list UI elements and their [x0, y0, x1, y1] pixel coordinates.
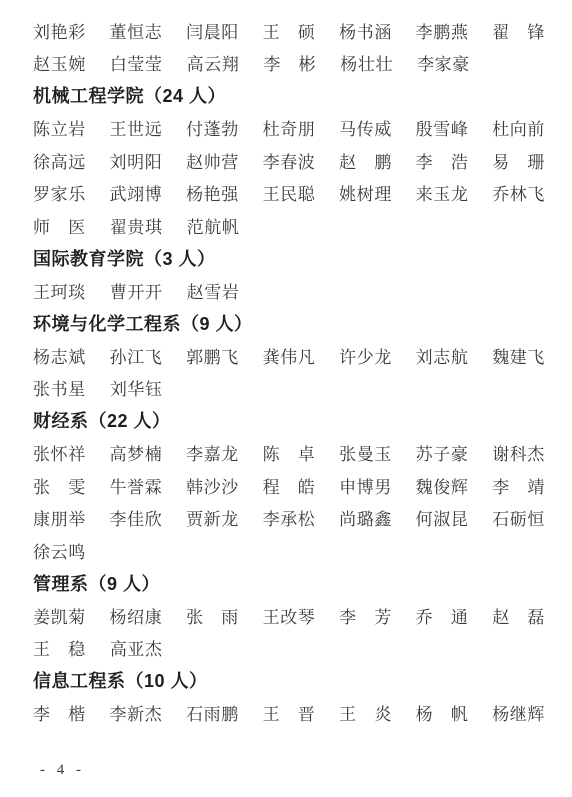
person-name: 李鹏燕: [416, 18, 469, 43]
person-name: 罗家乐: [33, 180, 86, 205]
name-row: 张书星刘华钰: [33, 372, 545, 405]
person-name: 徐高远: [33, 148, 86, 173]
name-row: 陈立岩王世远付蓬勃杜奇朋马传威殷雪峰杜向前: [33, 112, 545, 145]
name-row: 张怀祥高梦楠李嘉龙陈 卓张曼玉苏子豪谢科杰: [33, 437, 545, 470]
section-header: 管理系（9 人）: [33, 567, 545, 600]
name-row: 师 医翟贵琪范航帆: [33, 209, 545, 242]
person-name: 高云翔: [187, 50, 240, 75]
person-name: 李新杰: [110, 700, 163, 725]
person-name: 刘志航: [416, 343, 469, 368]
person-name: 张怀祥: [33, 440, 86, 465]
person-name: 姜凯菊: [33, 603, 86, 628]
person-name: 孙江飞: [110, 343, 163, 368]
person-name: 乔 通: [416, 603, 469, 628]
person-name: 杜奇朋: [263, 115, 316, 140]
person-name: 杨艳强: [186, 180, 239, 205]
person-name: 谢科杰: [492, 440, 545, 465]
person-name: 王改琴: [263, 603, 316, 628]
person-name: 李 彬: [263, 50, 316, 75]
roster-content: 刘艳彩董恒志闫晨阳王 硕杨书涵李鹏燕翟 锋赵玉婉白莹莹高云翔李 彬杨壮壮李家豪机…: [33, 14, 545, 729]
person-name: 徐云鸣: [33, 538, 86, 563]
person-name: 高亚杰: [110, 635, 163, 660]
person-name: 石雨鹏: [186, 700, 239, 725]
person-name: 康朋举: [33, 505, 86, 530]
person-name: 韩沙沙: [186, 473, 239, 498]
name-row: 张 雯牛誉霖韩沙沙程 皓申博男魏俊辉李 靖: [33, 469, 545, 502]
person-name: 贾新龙: [186, 505, 239, 530]
person-name: 王世远: [110, 115, 163, 140]
person-name: 师 医: [33, 213, 86, 238]
person-name: 杨绍康: [110, 603, 163, 628]
name-row: 刘艳彩董恒志闫晨阳王 硕杨书涵李鹏燕翟 锋: [33, 14, 545, 47]
name-row: 徐高远刘明阳赵帅营李春波赵 鹏李 浩易 珊: [33, 144, 545, 177]
name-row: 王 稳高亚杰: [33, 632, 545, 665]
person-name: 牛誉霖: [110, 473, 163, 498]
person-name: 马传威: [339, 115, 392, 140]
person-name: 赵 磊: [492, 603, 545, 628]
person-name: 杜向前: [492, 115, 545, 140]
person-name: 刘艳彩: [33, 18, 86, 43]
person-name: 李家豪: [417, 50, 470, 75]
person-name: 刘华钰: [110, 375, 163, 400]
person-name: 王 晋: [263, 700, 316, 725]
section-header: 财经系（22 人）: [33, 404, 545, 437]
person-name: 李嘉龙: [186, 440, 239, 465]
person-name: 白莹莹: [110, 50, 163, 75]
person-name: 易 珊: [492, 148, 545, 173]
person-name: 李 浩: [416, 148, 469, 173]
person-name: 曹开开: [110, 278, 163, 303]
page-number: - 4 -: [40, 762, 85, 779]
person-name: 赵帅营: [186, 148, 239, 173]
person-name: 龚伟凡: [263, 343, 316, 368]
person-name: 赵 鹏: [339, 148, 392, 173]
document-page: 刘艳彩董恒志闫晨阳王 硕杨书涵李鹏燕翟 锋赵玉婉白莹莹高云翔李 彬杨壮壮李家豪机…: [0, 0, 572, 797]
person-name: 乔林飞: [492, 180, 545, 205]
person-name: 石砺恒: [492, 505, 545, 530]
section-header: 国际教育学院（3 人）: [33, 242, 545, 275]
person-name: 陈立岩: [33, 115, 86, 140]
person-name: 高梦楠: [110, 440, 163, 465]
person-name: 王 炎: [339, 700, 392, 725]
person-name: 郭鹏飞: [186, 343, 239, 368]
person-name: 李 楷: [33, 700, 86, 725]
person-name: 李 芳: [339, 603, 392, 628]
person-name: 张曼玉: [339, 440, 392, 465]
person-name: 杨继辉: [492, 700, 545, 725]
person-name: 尚璐鑫: [339, 505, 392, 530]
person-name: 申博男: [339, 473, 392, 498]
section-header: 机械工程学院（24 人）: [33, 79, 545, 112]
person-name: 李春波: [263, 148, 316, 173]
section-header: 信息工程系（10 人）: [33, 664, 545, 697]
person-name: 魏俊辉: [416, 473, 469, 498]
person-name: 翟 锋: [492, 18, 545, 43]
person-name: 赵玉婉: [33, 50, 86, 75]
section-header: 环境与化学工程系（9 人）: [33, 307, 545, 340]
person-name: 魏建飞: [492, 343, 545, 368]
name-row: 杨志斌孙江飞郭鹏飞龚伟凡许少龙刘志航魏建飞: [33, 339, 545, 372]
person-name: 董恒志: [110, 18, 163, 43]
person-name: 杨志斌: [33, 343, 86, 368]
name-row: 康朋举李佳欣贾新龙李承松尚璐鑫何淑昆石砺恒: [33, 502, 545, 535]
person-name: 王 稳: [33, 635, 86, 660]
person-name: 王珂琰: [33, 278, 86, 303]
person-name: 张 雯: [33, 473, 86, 498]
person-name: 王民聪: [263, 180, 316, 205]
person-name: 苏子豪: [416, 440, 469, 465]
name-row: 姜凯菊杨绍康张 雨王改琴李 芳乔 通赵 磊: [33, 599, 545, 632]
person-name: 杨书涵: [339, 18, 392, 43]
person-name: 陈 卓: [263, 440, 316, 465]
person-name: 许少龙: [339, 343, 392, 368]
person-name: 翟贵琪: [110, 213, 163, 238]
person-name: 来玉龙: [416, 180, 469, 205]
name-row: 赵玉婉白莹莹高云翔李 彬杨壮壮李家豪: [33, 47, 545, 80]
person-name: 付蓬勃: [186, 115, 239, 140]
name-row: 徐云鸣: [33, 534, 545, 567]
person-name: 李佳欣: [110, 505, 163, 530]
person-name: 闫晨阳: [186, 18, 239, 43]
person-name: 殷雪峰: [416, 115, 469, 140]
person-name: 姚树理: [339, 180, 392, 205]
person-name: 张书星: [33, 375, 86, 400]
name-row: 罗家乐武翊博杨艳强王民聪姚树理来玉龙乔林飞: [33, 177, 545, 210]
person-name: 赵雪岩: [187, 278, 240, 303]
person-name: 程 皓: [263, 473, 316, 498]
person-name: 范航帆: [187, 213, 240, 238]
person-name: 武翊博: [110, 180, 163, 205]
person-name: 李承松: [263, 505, 316, 530]
person-name: 杨壮壮: [340, 50, 393, 75]
name-row: 李 楷李新杰石雨鹏王 晋王 炎杨 帆杨继辉: [33, 697, 545, 730]
person-name: 何淑昆: [416, 505, 469, 530]
name-row: 王珂琰曹开开赵雪岩: [33, 274, 545, 307]
person-name: 张 雨: [186, 603, 239, 628]
person-name: 王 硕: [263, 18, 316, 43]
person-name: 杨 帆: [416, 700, 469, 725]
person-name: 刘明阳: [110, 148, 163, 173]
person-name: 李 靖: [492, 473, 545, 498]
